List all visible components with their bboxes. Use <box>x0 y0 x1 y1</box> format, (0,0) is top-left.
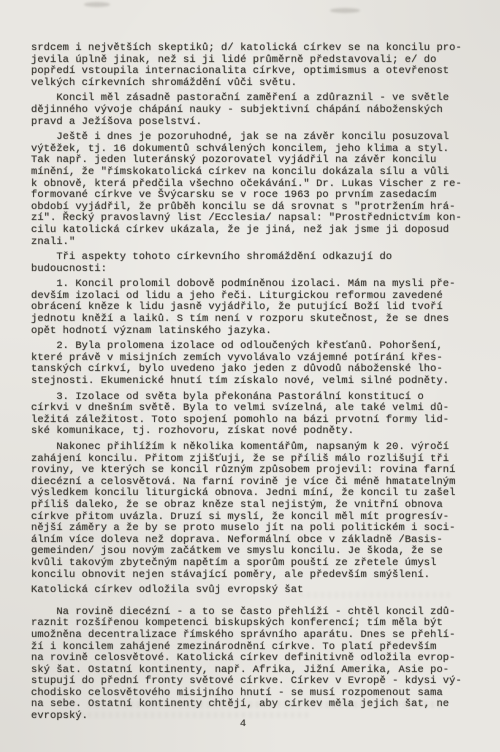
paragraph: Ještě i dnes je pozoruhodné, jak se na z… <box>31 132 473 248</box>
scan-artifact-speck <box>330 8 360 13</box>
numbered-paragraph-3: 3. Izolace od světa byla překonána Pasto… <box>31 392 473 438</box>
paragraph-continuation: srdcem i největších skeptiků; d/ katolic… <box>31 43 473 89</box>
scan-artifact-speck <box>84 2 110 7</box>
numbered-paragraph-2: 2. Byla prolomena izolace od odloučených… <box>31 341 473 387</box>
section-heading: Katolická církev odložila svůj evropský … <box>31 585 473 597</box>
paragraph: Nakonec přihlížím k několika komentářům,… <box>31 442 473 581</box>
numbered-paragraph-1: 1. Koncil prolomil dobově podmíněnou izo… <box>31 279 473 337</box>
scanned-document-page: srdcem i největších skeptiků; d/ katolic… <box>0 0 500 752</box>
paragraph: Na rovině diecézní - a to se často přehl… <box>31 607 473 723</box>
paragraph-lead-in: Tři aspekty tohoto církevního shromážděn… <box>31 252 473 275</box>
paragraph: Koncil měl zásadně pastorační zaměření a… <box>31 93 473 128</box>
body-text: srdcem i největších skeptiků; d/ katolic… <box>31 43 473 727</box>
page-number: 4 <box>0 719 486 731</box>
